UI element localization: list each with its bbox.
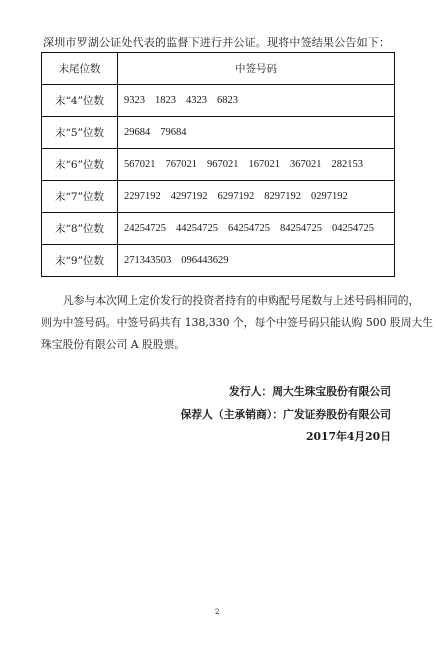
issuer-signature: 发行人：周大生珠宝股份有限公司 <box>229 384 391 399</box>
winning-numbers-cell: 271343503096443629 <box>118 245 395 277</box>
intro-text: 深圳市罗湖公证处代表的监督下进行并公证。现将中签结果公告如下： <box>43 34 390 50</box>
winning-number: 4323 <box>186 95 207 106</box>
tail-digits-label: 末“7”位数 <box>42 181 118 213</box>
winning-number: 282153 <box>332 159 364 170</box>
tail-digits-label: 末“8”位数 <box>42 213 118 245</box>
winning-number: 6823 <box>217 95 238 106</box>
sponsor-signature: 保荐人（主承销商）：广发证券股份有限公司 <box>180 407 391 422</box>
winning-number: 096443629 <box>181 255 228 266</box>
paragraph-line: 则为中签号码。中签号码共有 138,330 个，每个中签号码只能认购 500 股… <box>41 312 397 334</box>
winning-numbers-cell: 9323182343236823 <box>118 85 395 117</box>
page-number: 2 <box>215 608 219 616</box>
winning-number: 6297192 <box>218 191 255 202</box>
winning-number: 44254725 <box>176 223 218 234</box>
winning-number: 9323 <box>124 95 145 106</box>
tail-digits-label: 末“9”位数 <box>42 245 118 277</box>
winning-number: 04254725 <box>332 223 374 234</box>
paragraph-line: 珠宝股份有限公司 A 股股票。 <box>41 334 397 356</box>
winning-number: 967021 <box>207 159 239 170</box>
winning-numbers-cell: 2425472544254725642547258425472504254725 <box>118 213 395 245</box>
signature-date: 2017年4月20日 <box>306 429 391 444</box>
table-row: 末“7”位数2297192429719262971928297192029719… <box>42 181 395 213</box>
winning-number: 24254725 <box>124 223 166 234</box>
winning-numbers-table: 末尾位数 中签号码 末“4”位数9323182343236823末“5”位数29… <box>41 52 395 277</box>
winning-number: 1823 <box>155 95 176 106</box>
winning-number: 29684 <box>124 127 150 138</box>
tail-digits-label: 末“5”位数 <box>42 117 118 149</box>
winning-numbers-cell: 22971924297192629719282971920297192 <box>118 181 395 213</box>
tail-digits-label: 末“6”位数 <box>42 149 118 181</box>
winning-numbers-cell: 2968479684 <box>118 117 395 149</box>
winning-number: 64254725 <box>228 223 270 234</box>
winning-number: 79684 <box>160 127 186 138</box>
winning-number: 84254725 <box>280 223 322 234</box>
tail-digits-label: 末“4”位数 <box>42 85 118 117</box>
table-header-row: 末尾位数 中签号码 <box>42 53 395 85</box>
winning-number: 767021 <box>166 159 198 170</box>
table-row: 末“6”位数5670217670219670211670213670212821… <box>42 149 395 181</box>
winning-number: 8297192 <box>264 191 301 202</box>
winning-number: 367021 <box>290 159 322 170</box>
winning-number: 0297192 <box>311 191 348 202</box>
winning-number: 567021 <box>124 159 156 170</box>
winning-number: 2297192 <box>124 191 161 202</box>
header-winning-numbers: 中签号码 <box>118 53 395 85</box>
winning-number: 4297192 <box>171 191 208 202</box>
table-row: 末“9”位数271343503096443629 <box>42 245 395 277</box>
winning-number: 271343503 <box>124 255 171 266</box>
winning-numbers-cell: 567021767021967021167021367021282153 <box>118 149 395 181</box>
table-row: 末“5”位数2968479684 <box>42 117 395 149</box>
header-tail-digits: 末尾位数 <box>42 53 118 85</box>
table-row: 末“8”位数2425472544254725642547258425472504… <box>42 213 395 245</box>
table-row: 末“4”位数9323182343236823 <box>42 85 395 117</box>
paragraph-line: 凡参与本次网上定价发行的投资者持有的申购配号尾数与上述号码相同的， <box>41 290 397 312</box>
winning-number: 167021 <box>249 159 281 170</box>
explanation-paragraph: 凡参与本次网上定价发行的投资者持有的申购配号尾数与上述号码相同的， 则为中签号码… <box>41 290 397 356</box>
